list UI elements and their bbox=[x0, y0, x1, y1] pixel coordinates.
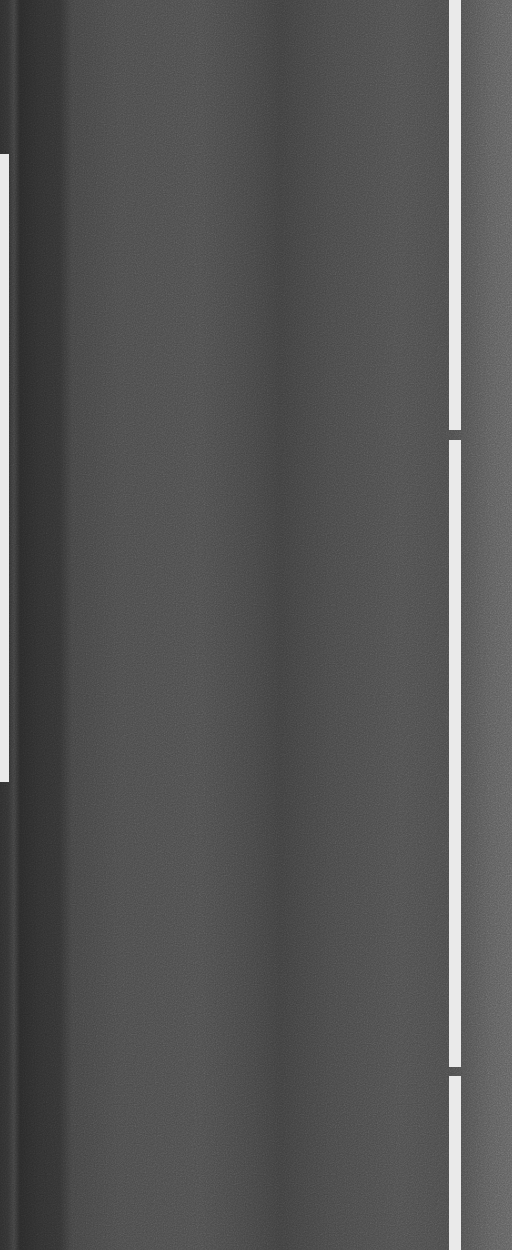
road-aerial-photo bbox=[0, 0, 512, 1250]
left-edge-line bbox=[0, 154, 9, 782]
lane-dash bbox=[449, 0, 461, 430]
lane-dash bbox=[449, 440, 461, 1067]
asphalt-texture bbox=[0, 0, 512, 1250]
lane-dash bbox=[449, 1076, 461, 1250]
